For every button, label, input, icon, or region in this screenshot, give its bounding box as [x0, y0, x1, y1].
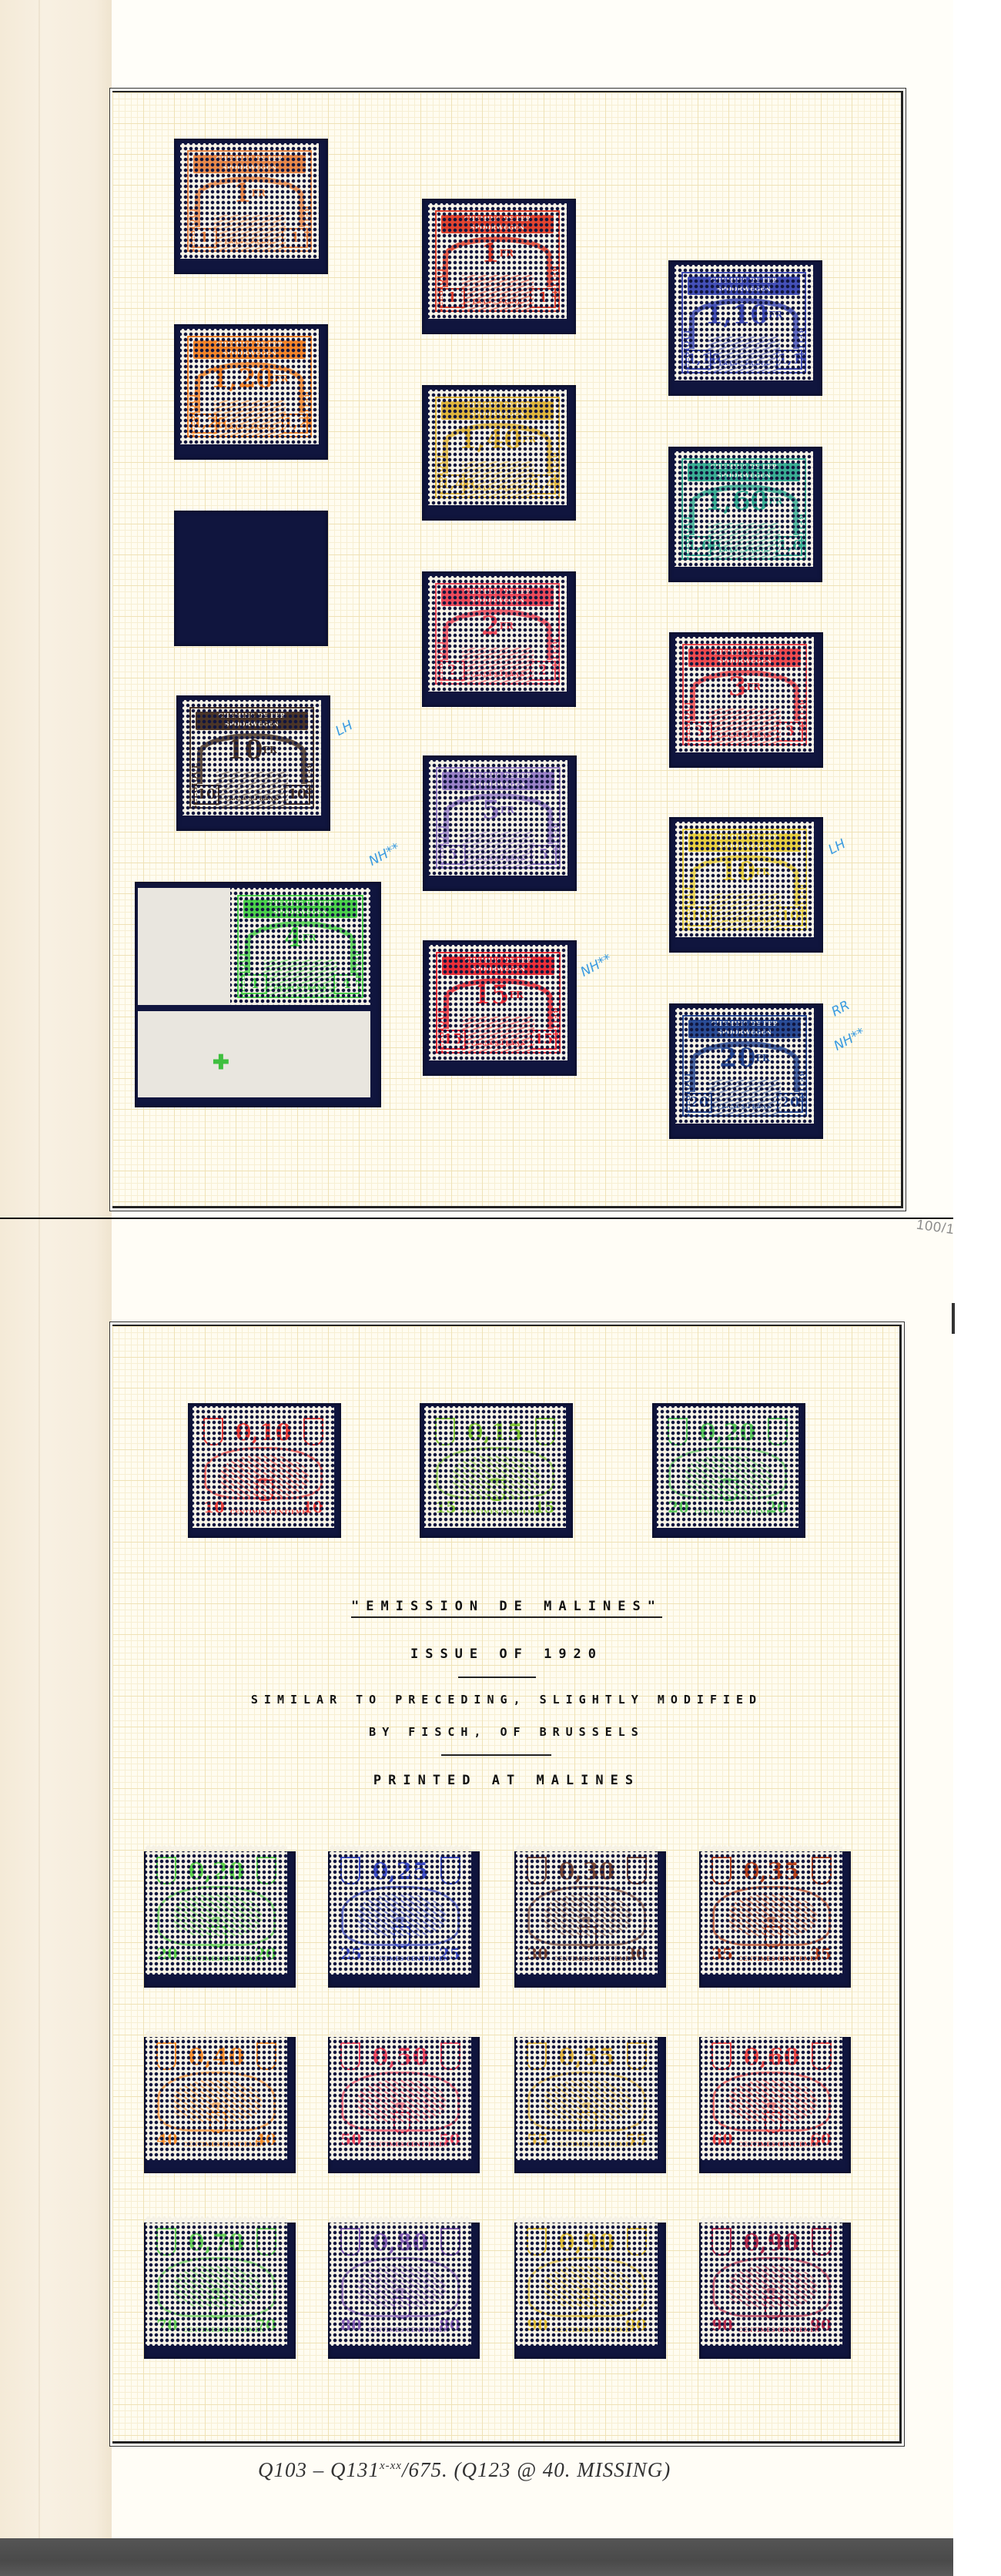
train-illustration-icon	[461, 275, 534, 312]
divider	[441, 1754, 551, 1756]
corner-value: 15	[531, 1030, 557, 1050]
stamp-banner: CHEMINS DE FERSPOORWEGEN	[196, 712, 308, 730]
stamp-0-55[interactable]: 0,555555CENTIMES CENTIEMEN	[516, 2031, 658, 2160]
stamp-design: 0,707070CENTIMES CENTIEMEN	[152, 2223, 280, 2339]
stamp-4fr-green-corner-block[interactable]: CHEMINS DE FERSPOORWEGENBELGIQUEBELGIE4F…	[230, 888, 370, 1005]
stamp-banner: CHEMINS DE FERSPOORWEGEN	[688, 1020, 801, 1038]
stamp-banner: CHEMINS DE FERSPOORWEGEN	[442, 772, 554, 790]
stamp-banner: CHEMINS DE FERSPOORWEGEN	[441, 215, 554, 233]
denomination: 20FR	[684, 1044, 805, 1072]
corner-value: 20	[686, 1093, 712, 1113]
stamp-mount: CHEMINS DE FERSPOORWEGENBELGIQUEBELGIE10…	[669, 817, 823, 953]
lion-crest-icon	[765, 2297, 782, 2319]
unit-words: FRANCS FRANK	[468, 855, 528, 862]
stamp-mount: CHEMINS DE FERSPOORWEGENBELGIQUEBELGIE2F…	[422, 571, 576, 707]
stamp-mount: 0,404040CENTIMES CENTIEMEN	[144, 2037, 296, 2173]
stamp-mount: CHEMINS DE FERSPOORWEGENBELGIQUEBELGIE1F…	[422, 199, 576, 334]
stamp-design: 0,202020CENTIMES CENTIEMEN	[664, 1413, 792, 1521]
corner-value: 1,10	[685, 350, 711, 370]
stamp-0-20[interactable]: 0,202020CENTIMES CENTIEMEN	[146, 1845, 287, 1975]
stamp-design: CHEMINS DE FERSPOORWEGENBELGIQUEBELGIE3F…	[682, 644, 807, 745]
unit-words: FRANC FRANK	[467, 484, 527, 491]
denomination: 0,80	[336, 2229, 464, 2257]
unit-words: CENTIMES CENTIEMEN	[230, 1509, 296, 1516]
unit-words: CENTIMES CENTIEMEN	[738, 2326, 805, 2333]
corner-value: 3	[777, 722, 803, 742]
stamp-0-60[interactable]: 0,606060CENTIMES CENTIEMEN	[701, 2031, 842, 2160]
stamp-mount: 0,202020CENTIMES CENTIEMEN	[144, 1851, 296, 1988]
corner-value: 35	[710, 1945, 735, 1965]
unit-words: FRANCS FRANK	[269, 984, 331, 991]
corner-value: 60	[710, 2131, 735, 2151]
stamp-design: 0,909090CENTIMES CENTIEMEN	[708, 2223, 835, 2339]
train-illustration-icon	[213, 215, 286, 252]
stamp-design: CHEMINS DE FERSPOORWEGENBELGIQUEBELGIE20…	[682, 1015, 807, 1117]
stamp-banner: CHEMINS DE FERSPOORWEGEN	[688, 276, 800, 295]
corner-value: 1,40	[530, 474, 556, 494]
stamp-design: 0,353535CENTIMES CENTIEMEN	[708, 1852, 835, 1968]
stamp-mount: CHEMINS DE FERSPOORWEGENBELGIQUEBELGIE1,…	[668, 447, 822, 582]
train-illustration-icon	[461, 648, 534, 685]
train-illustration-icon	[708, 708, 781, 745]
stamp-mount: CHEMINS DE FERSPOORWEGENBELGIQUEBELGIE1,…	[174, 324, 328, 460]
unit-words: CENTIMES CENTIEMEN	[738, 2141, 805, 2148]
stamp-design: CHEMINS DE FERSPOORWEGENBELGIQUEBELGIE2F…	[435, 583, 560, 685]
corner-value: 1	[530, 288, 556, 308]
corner-block-mount: ✚ CHEMINS DE FERSPOORWEGENBELGIQUEBELGIE…	[135, 882, 381, 1107]
train-illustration-icon	[462, 832, 534, 869]
denomination: 0,15	[431, 1419, 559, 1447]
corner-value: 55	[525, 2131, 550, 2151]
denomination: 1,10FR	[683, 301, 805, 329]
stamp-mount: CHEMINS DE FERSPOORWEGENBELGIQUEBELGIE20…	[669, 1003, 823, 1139]
stamp-3fr-red[interactable]: CHEMINS DE FERSPOORWEGENBELGIQUEBELGIE3F…	[675, 637, 814, 752]
stamp-0-50[interactable]: 0,505050CENTIMES CENTIEMEN	[330, 2031, 471, 2160]
unit-words: CENTIMES CENTIEMEN	[367, 1955, 434, 1962]
lion-crest-icon	[488, 1479, 505, 1501]
denomination: 0,20	[664, 1419, 792, 1447]
corner-value: 10	[202, 1499, 226, 1519]
unit-words: FRANCS FRANK	[468, 1040, 528, 1047]
stamp-0-40[interactable]: 0,404040CENTIMES CENTIEMEN	[146, 2031, 287, 2160]
stamp-mount: CHEMINS DE FERSPOORWEGENBELGIQUEBELGIE1,…	[422, 385, 576, 521]
lion-crest-icon	[580, 2112, 597, 2133]
denomination: 0,30	[523, 1858, 651, 1886]
stamp-0-30[interactable]: 0,303030CENTIMES CENTIEMEN	[516, 1845, 658, 1975]
corner-value: 10	[686, 906, 712, 926]
stamp-banner: CHEMINS DE FERSPOORWEGEN	[688, 463, 800, 481]
corner-value: 20	[155, 1945, 179, 1965]
unit-words: CENTIMES CENTIEMEN	[367, 2141, 434, 2148]
unit-words: CENTIMES CENTIEMEN	[554, 2141, 620, 2148]
stamp-mount: CHEMINS DE FERSPOORWEGENBELGIQUEBELGIE15…	[423, 940, 577, 1076]
denomination: 1FR	[437, 240, 558, 267]
stamp-design: CHEMINS DE FERSPOORWEGENBELGIQUEBELGIE10…	[682, 829, 807, 930]
stamp-design: CHEMINS DE FERSPOORWEGENBELGIQUEBELGIE1,…	[435, 397, 560, 498]
denomination: 0,90	[708, 2229, 835, 2257]
corner-value: 1,40	[439, 474, 465, 494]
lion-crest-icon	[393, 2112, 410, 2133]
stamp-mount: CHEMINS DE FERSPOORWEGENBELGIQUEBELGIE1F…	[174, 139, 328, 274]
stamp-banner: CHEMINS DE FERSPOORWEGEN	[243, 899, 357, 918]
stamp-design: 0,505050CENTIMES CENTIEMEN	[336, 2038, 464, 2153]
unit-words: FRANCS FRANK	[715, 732, 775, 739]
unit-words: CENTIMES CENTIEMEN	[462, 1509, 528, 1516]
stamp-design: CHEMINS DE FERSPOORWEGENBELGIQUEBELGIE1,…	[681, 272, 806, 374]
stamp-mount: 0,505050CENTIMES CENTIEMEN	[328, 2037, 480, 2173]
unit-words: FRANC FRANK	[714, 360, 774, 367]
stamp-design: 0,909090CENTIMES CENTIEMEN	[523, 2223, 651, 2339]
section-heading: "EMISSION DE MALINES"	[112, 1599, 901, 1614]
stamp-0-25[interactable]: 0,252525CENTIMES CENTIEMEN	[330, 1845, 471, 1975]
unit-words: CENTIMES CENTIEMEN	[695, 1509, 761, 1516]
divider	[458, 1677, 536, 1678]
stamp-mount: 0,252525CENTIMES CENTIEMEN	[328, 1851, 480, 1988]
corner-value: 90	[525, 2316, 550, 2336]
denomination: 0,60	[708, 2044, 835, 2072]
train-illustration-icon	[462, 1017, 534, 1054]
stamp-banner: CHEMINS DE FERSPOORWEGEN	[441, 401, 554, 420]
lion-crest-icon	[209, 1926, 226, 1948]
denomination: 1,60FR	[683, 487, 805, 515]
unit-words: FRANCS FRANK	[222, 795, 282, 802]
denomination: 0,70	[152, 2229, 280, 2257]
stamp-0-90[interactable]: 0,909090CENTIMES CENTIEMEN	[701, 2216, 842, 2346]
denomination: 0,20	[152, 1858, 280, 1886]
corner-value: 4	[333, 974, 360, 994]
stamp-15fr-red[interactable]: CHEMINS DE FERSPOORWEGENBELGIQUEBELGIE15…	[429, 945, 567, 1060]
corner-value: 25	[339, 1945, 363, 1965]
lion-crest-icon	[209, 2297, 226, 2319]
stamp-design: CHEMINS DE FERSPOORWEGENBELGIQUEBELGIE1,…	[187, 336, 312, 437]
corner-value: 1	[282, 228, 308, 248]
lion-crest-icon	[580, 2297, 597, 2319]
unit-words: FRANC FRANK	[219, 238, 280, 245]
stamp-1-10-blue[interactable]: CHEMINS DE FERSPOORWEGENBELGIQUEBELGIE1,…	[675, 265, 813, 380]
stamp-design: 0,101010CENTIMES CENTIEMEN	[199, 1413, 327, 1521]
lion-crest-icon	[209, 2112, 226, 2133]
stamp-mount: 0,606060CENTIMES CENTIEMEN	[699, 2037, 851, 2173]
album-binding-strip	[0, 0, 112, 2538]
description-line-2: BY FISCH, OF BRUSSELS	[112, 1725, 901, 1739]
stamp-mount: 0,303030CENTIMES CENTIEMEN	[514, 1851, 666, 1988]
stamp-mount: 0,555555CENTIMES CENTIEMEN	[514, 2037, 666, 2173]
stamp-banner: CHEMINS DE FERSPOORWEGEN	[442, 956, 554, 975]
stamp-10fr-yellow[interactable]: CHEMINS DE FERSPOORWEGENBELGIQUEBELGIE10…	[675, 822, 814, 937]
scan-margin	[953, 0, 1001, 2576]
corner-value: 1	[439, 288, 465, 308]
denomination: 3FR	[684, 673, 805, 701]
stamp-0-35[interactable]: 0,353535CENTIMES CENTIEMEN	[701, 1845, 842, 1975]
corner-value: 20	[777, 1093, 803, 1113]
corner-value: 2	[530, 661, 556, 681]
stamp-mount: 0,808080CENTIMES CENTIEMEN	[328, 2223, 480, 2359]
denomination: 2FR	[437, 612, 558, 640]
stamp-design: CHEMINS DE FERSPOORWEGENBELGIQUEBELGIE5F…	[436, 767, 561, 869]
unit-words: FRANCS FRANK	[467, 671, 527, 678]
denomination: 0,10	[199, 1419, 327, 1447]
description-line-1: SIMILAR TO PRECEDING, SLIGHTLY MODIFIED	[112, 1693, 901, 1707]
unit-words: FRANCS FRANK	[715, 1103, 775, 1110]
stamp-design: CHEMINS DE FERSPOORWEGENBELGIQUEBELGIE1F…	[187, 150, 312, 252]
lion-crest-icon	[256, 1479, 273, 1501]
denomination: 0,25	[336, 1858, 464, 1886]
lion-crest-icon	[765, 2112, 782, 2133]
issue-year: ISSUE OF 1920	[112, 1646, 901, 1662]
denomination: 5FR	[437, 796, 559, 824]
corner-value: 50	[339, 2131, 363, 2151]
corner-value: 1,10	[776, 350, 802, 370]
corner-value: 30	[525, 1945, 550, 1965]
unit-words: FRANC FRANK	[219, 424, 280, 430]
unit-words: CENTIMES CENTIEMEN	[183, 2326, 249, 2333]
corner-value: 1,60	[776, 536, 802, 556]
stamp-design: CHEMINS DE FERSPOORWEGENBELGIQUEBELGIE1F…	[435, 210, 560, 312]
corner-value: 40	[155, 2131, 179, 2151]
stamp-design: CHEMINS DE FERSPOORWEGENBELGIQUEBELGIE1,…	[681, 458, 806, 560]
denomination: 0,40	[152, 2044, 280, 2072]
stamp-design: 0,303030CENTIMES CENTIEMEN	[523, 1852, 651, 1968]
stamp-0-80[interactable]: 0,808080CENTIMES CENTIEMEN	[330, 2216, 471, 2346]
denomination: 0,50	[336, 2044, 464, 2072]
stamp-1fr-orange[interactable]: CHEMINS DE FERSPOORWEGENBELGIQUEBELGIE1F…	[180, 143, 319, 259]
corner-value: 1,20	[191, 414, 217, 434]
bottom-selvage	[138, 1011, 370, 1097]
stamp-design: 0,808080CENTIMES CENTIEMEN	[336, 2223, 464, 2339]
lion-crest-icon	[765, 1926, 782, 1948]
denomination: 4FR	[239, 924, 362, 952]
stamp-design: 0,252525CENTIMES CENTIEMEN	[336, 1852, 464, 1968]
stamp-1-20-orange[interactable]: CHEMINS DE FERSPOORWEGENBELGIQUEBELGIE1,…	[180, 329, 319, 444]
stamp-design: 0,606060CENTIMES CENTIEMEN	[708, 2038, 835, 2153]
unit-words: CENTIMES CENTIEMEN	[738, 1955, 805, 1962]
lion-crest-icon	[721, 1479, 738, 1501]
stamp-10fr-brown[interactable]: CHEMINS DE FERSPOORWEGENBELGIQUEBELGIE10…	[182, 700, 321, 816]
stamp-banner: CHEMINS DE FERSPOORWEGEN	[193, 155, 306, 173]
corner-value: 10	[777, 906, 803, 926]
stamp-5fr-lilac[interactable]: CHEMINS DE FERSPOORWEGENBELGIQUEBELGIE5F…	[429, 760, 567, 876]
stamp-1-60-teal[interactable]: CHEMINS DE FERSPOORWEGENBELGIQUEBELGIE1,…	[675, 451, 813, 567]
unit-words: FRANC FRANK	[714, 546, 774, 553]
stamp-0-10[interactable]: 0,101010CENTIMES CENTIEMEN	[192, 1406, 334, 1528]
stamp-design: CHEMINS DE FERSPOORWEGENBELGIQUEBELGIE4F…	[237, 895, 363, 998]
corner-value: 90	[710, 2316, 735, 2336]
stamp-mount: 0,353535CENTIMES CENTIEMEN	[699, 1851, 851, 1988]
corner-value: 4	[241, 974, 267, 994]
stamp-banner: CHEMINS DE FERSPOORWEGEN	[441, 588, 554, 606]
denomination: 0,90	[523, 2229, 651, 2257]
page-separator	[0, 1218, 953, 1219]
corner-value: 3	[686, 722, 712, 742]
stamp-design: CHEMINS DE FERSPOORWEGENBELGIQUEBELGIE10…	[189, 707, 314, 809]
unit-words: CENTIMES CENTIEMEN	[554, 1955, 620, 1962]
denomination: 15FR	[437, 981, 559, 1009]
stamp-0-15[interactable]: 0,151515CENTIMES CENTIEMEN	[424, 1406, 566, 1528]
corner-value: 10	[193, 785, 219, 805]
unit-words: CENTIMES CENTIEMEN	[554, 2326, 620, 2333]
corner-value: 80	[339, 2316, 363, 2336]
corner-value: 15	[434, 1499, 458, 1519]
corner-value: 15	[440, 1030, 466, 1050]
stamp-mount: CHEMINS DE FERSPOORWEGENBELGIQUEBELGIE5F…	[423, 755, 577, 891]
registration-cross-icon: ✚	[213, 1051, 229, 1074]
stamp-4fr-green[interactable]: CHEMINS DE FERSPOORWEGENBELGIQUEBELGIE4F…	[230, 888, 370, 1005]
denomination: 1,40FR	[437, 426, 558, 454]
corner-value: 5	[531, 845, 557, 865]
denomination: 10FR	[191, 736, 313, 764]
stamp-0-20[interactable]: 0,202020CENTIMES CENTIEMEN	[657, 1406, 798, 1528]
denomination: 10FR	[684, 858, 805, 886]
stamp-mount: CHEMINS DE FERSPOORWEGENBELGIQUEBELGIE10…	[176, 695, 330, 831]
denomination: 1,20FR	[189, 365, 310, 393]
stamp-20fr-blue[interactable]: CHEMINS DE FERSPOORWEGENBELGIQUEBELGIE20…	[675, 1008, 814, 1124]
train-illustration-icon	[708, 893, 781, 930]
unit-words: CENTIMES CENTIEMEN	[367, 2326, 434, 2333]
unit-words: CENTIMES CENTIEMEN	[183, 1955, 249, 1962]
stamp-2fr-rose[interactable]: CHEMINS DE FERSPOORWEGENBELGIQUEBELGIE2F…	[428, 576, 567, 692]
stamp-design: CHEMINS DE FERSPOORWEGENBELGIQUEBELGIE15…	[436, 952, 561, 1054]
corner-value: 20	[666, 1499, 691, 1519]
catalogue-note: Q103 – Q131x-xx/675. (Q123 @ 40. MISSING…	[258, 2458, 671, 2482]
denomination: 1FR	[189, 179, 310, 207]
unit-words: FRANCS FRANK	[715, 916, 775, 923]
stamp-design: 0,404040CENTIMES CENTIEMEN	[152, 2038, 280, 2153]
stamp-design: 0,202020CENTIMES CENTIEMEN	[152, 1852, 280, 1968]
empty-stamp-mount	[174, 511, 328, 646]
stamp-banner: CHEMINS DE FERSPOORWEGEN	[688, 833, 801, 852]
corner-value: 2	[439, 661, 465, 681]
stamp-mount: 0,909090CENTIMES CENTIEMEN	[699, 2223, 851, 2359]
left-selvage	[138, 888, 230, 1005]
stamp-banner: CHEMINS DE FERSPOORWEGEN	[688, 648, 801, 667]
corner-value: 70	[155, 2316, 179, 2336]
corner-value: 5	[440, 845, 466, 865]
scan-bottom-edge	[0, 2538, 953, 2576]
corner-value: 10	[284, 785, 310, 805]
denomination: 0,55	[523, 2044, 651, 2072]
unit-words: CENTIMES CENTIEMEN	[183, 2141, 249, 2148]
printing-note: PRINTED AT MALINES	[112, 1773, 901, 1788]
stamp-1-40-yellow[interactable]: CHEMINS DE FERSPOORWEGENBELGIQUEBELGIE1,…	[428, 390, 567, 505]
stamp-mount: 0,202020CENTIMES CENTIEMEN	[652, 1403, 805, 1538]
stamp-banner: CHEMINS DE FERSPOORWEGEN	[193, 340, 306, 359]
unit-words: FRANC FRANK	[467, 298, 527, 305]
stamp-0-90[interactable]: 0,909090CENTIMES CENTIEMEN	[516, 2216, 658, 2346]
lion-crest-icon	[393, 1926, 410, 1948]
lion-crest-icon	[393, 2297, 410, 2319]
denomination: 0,35	[708, 1858, 835, 1886]
stamp-design: 0,151515CENTIMES CENTIEMEN	[431, 1413, 559, 1521]
stamp-mount: 0,909090CENTIMES CENTIEMEN	[514, 2223, 666, 2359]
corner-value: 1	[191, 228, 217, 248]
stamp-mount: 0,707070CENTIMES CENTIEMEN	[144, 2223, 296, 2359]
stamp-mount: 0,101010CENTIMES CENTIEMEN	[188, 1403, 341, 1538]
train-illustration-icon	[216, 772, 288, 809]
corner-value: 1,20	[282, 414, 308, 434]
corner-value: 1,60	[685, 536, 711, 556]
stamp-mount: 0,151515CENTIMES CENTIEMEN	[420, 1403, 573, 1538]
stamp-1fr-red[interactable]: CHEMINS DE FERSPOORWEGENBELGIQUEBELGIE1F…	[428, 203, 567, 319]
stamp-mount: CHEMINS DE FERSPOORWEGENBELGIQUEBELGIE3F…	[669, 632, 823, 768]
stamp-0-70[interactable]: 0,707070CENTIMES CENTIEMEN	[146, 2216, 287, 2346]
train-illustration-icon	[708, 1080, 781, 1117]
stamp-design: 0,555555CENTIMES CENTIEMEN	[523, 2038, 651, 2153]
page-tab-marker	[952, 1303, 955, 1334]
stamp-mount: CHEMINS DE FERSPOORWEGENBELGIQUEBELGIE1,…	[668, 260, 822, 396]
lion-crest-icon	[580, 1926, 597, 1948]
